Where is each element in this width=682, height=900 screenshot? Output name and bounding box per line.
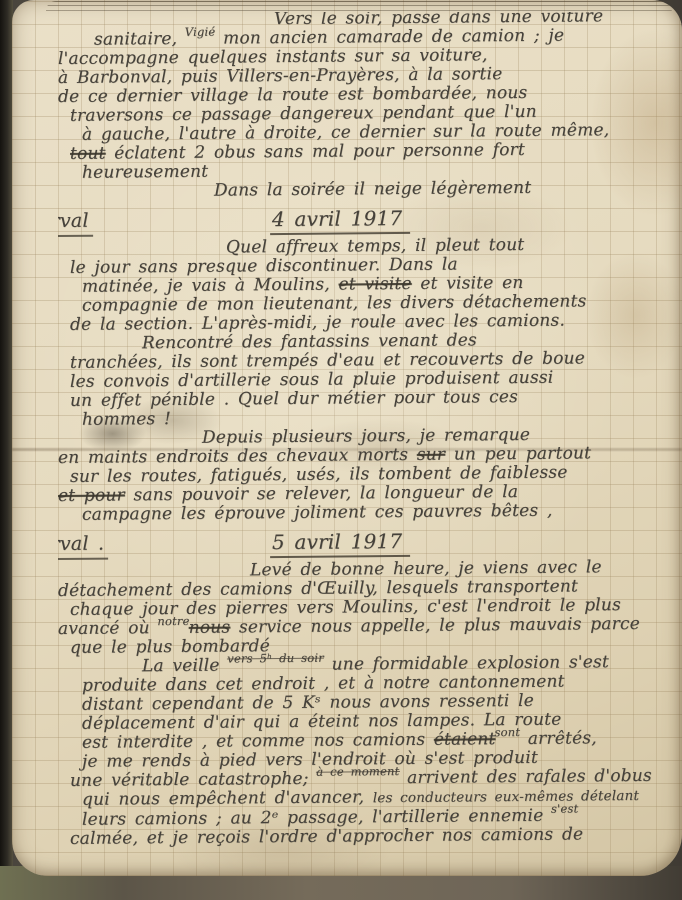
entry-heading-row: Serval .5 avril 1917 bbox=[58, 527, 670, 558]
handwritten-text: campagne les éprouve joliment ces pauvre… bbox=[82, 501, 553, 525]
handwritten-text: Dans la soirée il neige légèrement bbox=[214, 178, 531, 201]
manuscript-line: Dans la soirée il neige légèrement bbox=[58, 178, 670, 202]
manuscript-line: calmée, et je reçois l'ordre d'approcher… bbox=[58, 825, 670, 849]
handwritten-text: hommes ! bbox=[82, 409, 171, 430]
handwritten-text: un peu partout bbox=[445, 443, 591, 464]
inserted-text: à ce moment bbox=[316, 771, 399, 773]
manuscript-line: campagne les éprouve joliment ces pauvre… bbox=[58, 501, 670, 525]
handwritten-text: calmée, et je reçois l'ordre d'approcher… bbox=[70, 824, 583, 848]
handwritten-text: arrêtés, bbox=[519, 728, 597, 749]
struck-text: et pour bbox=[58, 485, 125, 506]
handwritten-text: une formidable explosion s'est bbox=[323, 652, 609, 674]
margin-place-label: Serval bbox=[58, 209, 93, 238]
handwritten-text: qui nous empêchent d'avancer, bbox=[82, 787, 373, 810]
struck-text: et visite bbox=[338, 274, 411, 295]
handwritten-text: sanitaire, bbox=[94, 29, 186, 50]
manuscript-page: Vers le soir, passe dans une voituresani… bbox=[12, 0, 682, 876]
handwritten-text: et visite en bbox=[412, 273, 524, 294]
handwritten-text: La veille bbox=[142, 656, 228, 677]
margin-place-label: Serval . bbox=[58, 532, 108, 561]
manuscript-content: Vers le soir, passe dans une voituresani… bbox=[58, 12, 670, 864]
date-heading: 4 avril 1917 bbox=[270, 206, 411, 235]
handwritten-text: Quel affreux temps, il pleut tout bbox=[226, 235, 525, 258]
struck-text: nous bbox=[189, 617, 231, 637]
struck-text: sur bbox=[417, 445, 446, 465]
date-heading: 5 avril 1917 bbox=[270, 529, 411, 558]
entry-heading-row: Serval4 avril 1917 bbox=[58, 204, 670, 235]
handwritten-text: les conducteurs eux-mêmes dételant bbox=[373, 788, 639, 806]
handwritten-text: arrivent des rafales d'obus bbox=[398, 766, 652, 788]
handwritten-text: avancé où bbox=[58, 618, 158, 639]
handwritten-text: heureusement bbox=[82, 162, 208, 183]
inserted-text: vers 5ʰ du soir bbox=[227, 658, 324, 660]
struck-text: tout bbox=[70, 144, 106, 164]
struck-text: étaient bbox=[434, 729, 496, 750]
